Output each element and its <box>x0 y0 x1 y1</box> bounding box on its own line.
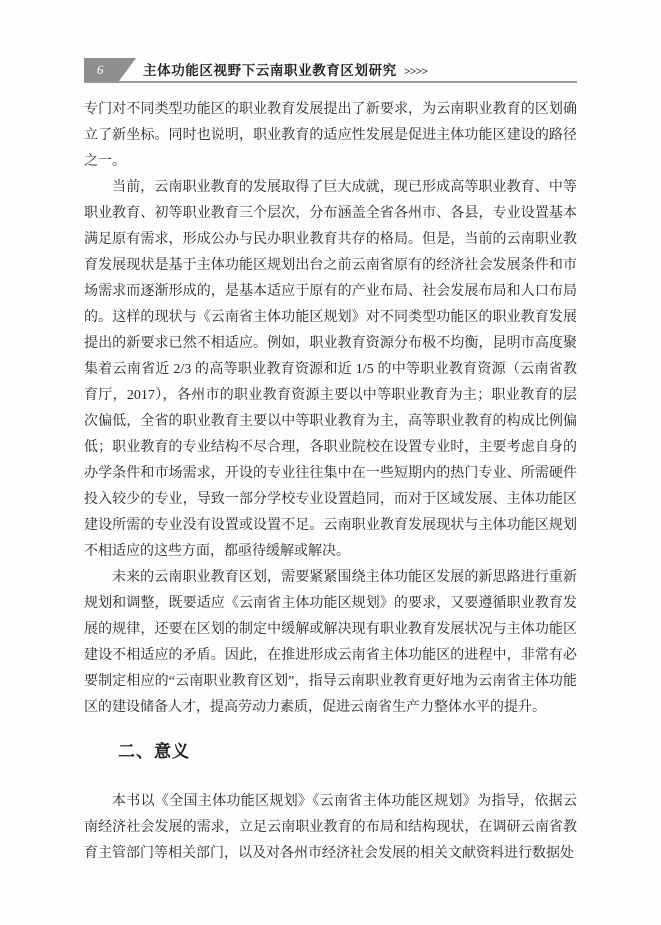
header-rule <box>84 81 577 83</box>
body-paragraph-2: 当前，云南职业教育的发展取得了巨大成就，现已形成高等职业教育、中等职业教育、初等… <box>84 175 577 565</box>
page-number: 6 <box>97 58 104 81</box>
body-paragraph-1: 专门对不同类型功能区的职业教育发展提出了新要求，为云南职业教育的区划确立了新坐标… <box>84 97 577 175</box>
book-page: 6 主体功能区视野下云南职业教育区划研究>>>> 专门对不同类型功能区的职业教育… <box>0 0 661 925</box>
page-header: 6 主体功能区视野下云南职业教育区划研究>>>> <box>84 58 577 82</box>
section-heading: 二、意义 <box>84 739 577 765</box>
page-body: 专门对不同类型功能区的职业教育发展提出了新要求，为云南职业教育的区划确立了新坐标… <box>84 97 577 867</box>
chevrons-right-icon: >>>> <box>404 64 427 78</box>
running-title-text: 主体功能区视野下云南职业教育区划研究 <box>143 63 397 78</box>
page-number-badge: 6 <box>84 58 136 82</box>
body-paragraph-4: 本书以《全国主体功能区规划》《云南省主体功能区规划》为指导，依据云南经济社会发展… <box>84 789 577 867</box>
running-title: 主体功能区视野下云南职业教育区划研究>>>> <box>143 59 427 79</box>
body-paragraph-3: 未来的云南职业教育区划，需要紧紧围绕主体功能区发展的新思路进行重新规划和调整，既… <box>84 565 577 721</box>
